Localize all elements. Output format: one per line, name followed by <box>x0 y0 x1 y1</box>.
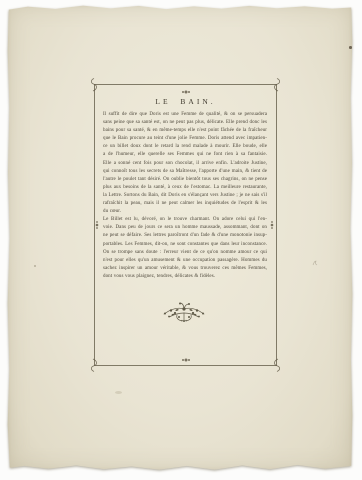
text-line: ne peut se défaire. Ses lettres paroîtro… <box>103 232 267 240</box>
text-line: portables. Les Femmes, dit-on, ne sont c… <box>103 241 267 249</box>
fleuron-icon <box>89 219 107 231</box>
corner-curl-icon <box>89 78 99 92</box>
paper-sheet: LE BAIN. Il suffit de dire que Doris est… <box>7 4 353 471</box>
text-line: n'est pour elles qu'un amusement & une o… <box>103 257 267 265</box>
text-line: rafraîchit la peau, mais il ne peut calm… <box>103 200 267 208</box>
text-line: plus aux besoins de la santé, à ceux de … <box>103 184 267 192</box>
text-line: Elle a sonné cent fois pour son chocolat… <box>103 160 267 168</box>
text-line: ce un billet doux dont le retard la rend… <box>103 143 267 151</box>
body-text: Il suffit de dire que Doris est une Femm… <box>95 111 276 281</box>
floral-vignette-ornament <box>159 301 209 330</box>
corner-curl-icon <box>272 78 282 92</box>
text-line: On se trompe sans doute : l'erreur vient… <box>103 249 267 257</box>
scan-background: LE BAIN. Il suffit de dire que Doris est… <box>0 0 362 480</box>
text-line: a de l'humeur, elle querelle ses Femmes … <box>103 151 267 159</box>
fleuron-icon <box>180 350 192 368</box>
paper-surface: LE BAIN. Il suffit de dire que Doris est… <box>7 4 353 471</box>
margin-mark <box>311 254 319 272</box>
corner-curl-icon <box>89 358 99 372</box>
text-line: qui connoît tous les secrets de sa Maîtr… <box>103 168 267 176</box>
paper-smudge <box>115 391 122 394</box>
text-line: sans peine que sa santé est, on ne peut … <box>103 119 267 127</box>
text-line: l'autre le poulet tant désiré. On oublie… <box>103 176 267 184</box>
text-line: Le Billet est lu, dévoré, on le trouve c… <box>103 216 267 224</box>
text-line: la Lettre. Sortons du Bain, dit Doris en… <box>103 192 267 200</box>
text-line: que le Bain procure au teint d'une jolie… <box>103 135 267 143</box>
fleuron-icon <box>180 82 192 100</box>
text-line: sachez inspirer un amour véritable, & vo… <box>103 265 267 273</box>
fleuron-icon <box>264 219 282 231</box>
text-line: voie. Dans peu de jours ce sera un homme… <box>103 224 267 232</box>
corner-curl-icon <box>272 358 282 372</box>
paragraph-2: Le Billet est lu, dévoré, on le trouve c… <box>103 216 267 281</box>
text-line: bains pour sa santé, & en même-temps ell… <box>103 127 267 135</box>
text-line: du cœur. <box>103 208 267 216</box>
ruled-border-frame: LE BAIN. Il suffit de dire que Doris est… <box>94 84 277 366</box>
text-line: dont vous vous plaignez, tendres, délica… <box>103 273 267 281</box>
paragraph-1: Il suffit de dire que Doris est une Femm… <box>103 111 267 216</box>
paper-speck <box>34 265 36 267</box>
paper-speck <box>349 46 352 49</box>
text-line: Il suffit de dire que Doris est une Femm… <box>103 111 267 119</box>
